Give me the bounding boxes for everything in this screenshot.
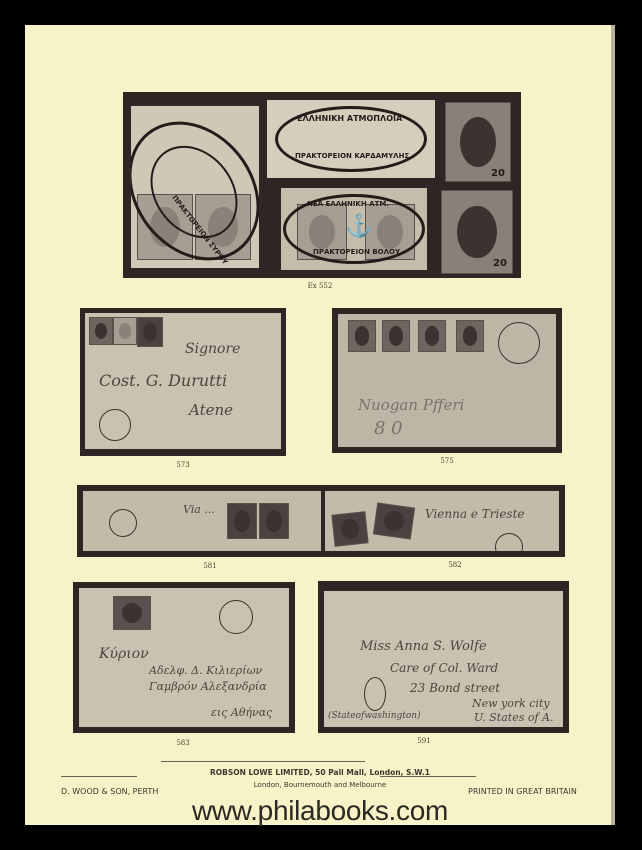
stamp [331,511,368,546]
postmark [364,677,386,711]
caption-581: 581 [180,562,240,570]
postmark [498,322,540,364]
address-line: εις Αθήνας [211,706,272,719]
address-line: Care of Col. Ward [390,661,498,675]
address-line: Γαμβρόν Αλεξανδρία [149,680,267,693]
cover-581: Via ... [83,491,321,551]
caption-ex552: Ex 552 [290,282,350,290]
stamp [373,503,415,540]
address-line: Κύριον [99,646,149,662]
cover-591: Miss Anna S. Wolfe Care of Col. Ward 23 … [324,591,563,727]
address-line: Miss Anna S. Wolfe [360,639,487,654]
address-line: New york city [472,697,550,710]
stamp [89,317,113,345]
address-line: U. States of A. [474,711,553,724]
side-note: (Stateofwashington) [328,711,421,721]
stamp [456,320,484,352]
caption-582: 582 [425,561,485,569]
stamp-value: 20 [493,258,507,269]
address-line: Via ... [183,503,215,516]
address-line: 8 0 [374,418,403,439]
plate-583: Κύριον Αδελφ. Δ. Κιλιερίων Γαμβρόν Αλεξα… [73,582,295,733]
address-line: Vienna e Trieste [425,507,525,521]
cachet-text: ΕΛΛΗΝΙΚΗ ΑΤΜΟΠΛΟΙΑ [297,114,402,123]
plate-ex552: ΠΡΑΚΤΟΡΕΙΟΝ ΣΥΡΟΥ ΕΛΛΗΝΙΚΗ ΑΤΜΟΠΛΟΙΑ ΠΡΑ… [123,92,521,278]
stamp [137,317,163,347]
stamp [382,320,410,352]
stamp-value: 20 [491,168,505,179]
plate-573: Signore Cost. G. Durutti Atene [80,308,286,456]
stamp [227,503,257,539]
address-line: Nuogan Pfferi [358,396,464,414]
stamp [113,596,151,630]
stamp [113,317,137,345]
anchor-icon: ⚓ [345,214,372,239]
catalogue-page: ΠΡΑΚΤΟΡΕΙΟΝ ΣΥΡΟΥ ΕΛΛΗΝΙΚΗ ΑΤΜΟΠΛΟΙΑ ΠΡΑ… [25,25,615,825]
caption-591: 591 [394,737,454,745]
cover-573: Signore Cost. G. Durutti Atene [85,313,281,449]
plate-581-582: Via ... Vienna e Trieste [77,485,565,557]
caption-575: 575 [417,457,477,465]
cachet-text: ΠΡΑΚΤΟΡΕΙΟΝ ΒΟΛΟΥ [313,248,400,256]
address-line: 23 Bond street [410,681,500,695]
stamp [418,320,446,352]
caption-583: 583 [153,739,213,747]
postmark [109,509,137,537]
plate-575: Nuogan Pfferi 8 0 [332,308,562,453]
footer-rule-center [161,761,365,762]
stamp-pair-diagonal: ΠΡΑΚΤΟΡΕΙΟΝ ΣΥΡΟΥ [131,106,259,268]
cover-575: Nuogan Pfferi 8 0 [338,314,556,447]
postmark [99,409,131,441]
address-line: Cost. G. Durutti [99,371,227,390]
stamp-piece-top: ΕΛΛΗΝΙΚΗ ΑΤΜΟΠΛΟΙΑ ΠΡΑΚΤΟΡΕΙΟΝ ΚΑΡΔΑΜΥΛΗ… [267,100,435,178]
stamp [259,503,289,539]
cover-583: Κύριον Αδελφ. Δ. Κιλιερίων Γαμβρόν Αλεξα… [79,588,289,727]
address-line: Atene [189,401,233,419]
address-line: Αδελφ. Δ. Κιλιερίων [149,664,262,677]
stamp-piece-bottom: ΝΕΑ ΕΛΛΗΝΙΚΗ ΑΤΜ. ΠΡΑΚΤΟΡΕΙΟΝ ΒΟΛΟΥ ⚓ [281,188,427,270]
postmark [495,533,523,551]
postmark [219,600,253,634]
address-line: Signore [185,341,240,357]
caption-573: 573 [153,461,213,469]
cachet-text: ΠΡΑΚΤΟΡΕΙΟΝ ΚΑΡΔΑΜΥΛΗΣ [295,152,409,160]
stamp [348,320,376,352]
cachet-text: ΝΕΑ ΕΛΛΗΝΙΚΗ ΑΤΜ. [307,200,389,208]
watermark-url: www.philabooks.com [25,795,615,827]
plate-591: Miss Anna S. Wolfe Care of Col. Ward 23 … [318,581,569,733]
cover-582: Vienna e Trieste [325,491,559,551]
publisher-name: ROBSON LOWE LIMITED, 50 Pall Mall, Londo… [25,768,615,777]
